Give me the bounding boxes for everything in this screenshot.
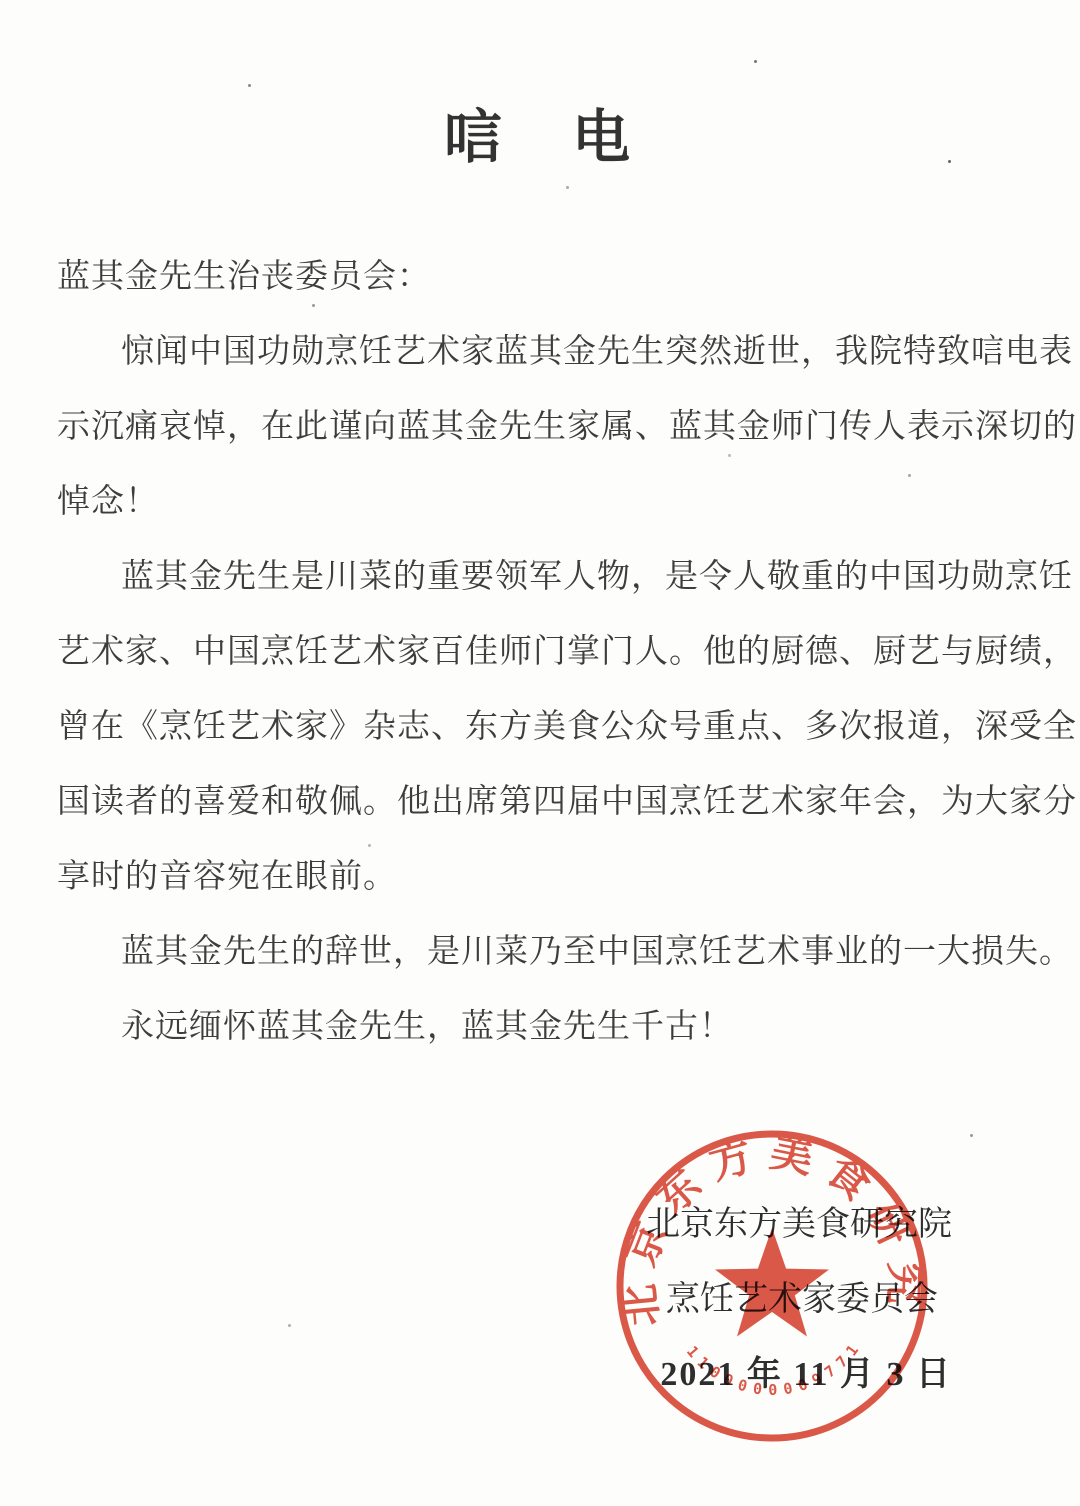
letter-line: 示沉痛哀悼，在此谨向蓝其金先生家属、蓝其金师门传人表示深切的 [57,390,1040,465]
signature-committee: 烹饪艺术家委员会 [646,1262,952,1337]
letter-body: 蓝其金先生治丧委员会： 惊闻中国功勋烹饪艺术家蓝其金先生突然逝世，我院特致唁电表… [57,240,1040,1065]
letter-line: 永远缅怀蓝其金先生，蓝其金先生千古！ [57,990,1040,1065]
letter-line: 享时的音容宛在眼前。 [57,840,1040,915]
page-title: 唁 电 [0,0,1080,174]
letter-line: 惊闻中国功勋烹饪艺术家蓝其金先生突然逝世，我院特致唁电表 [57,315,1040,390]
letter-line: 艺术家、中国烹饪艺术家百佳师门掌门人。他的厨德、厨艺与厨绩， [57,615,1040,690]
signature-date: 2021 年 11 月 3 日 [646,1337,952,1412]
salutation-line: 蓝其金先生治丧委员会： [57,240,1040,315]
letter-line: 悼念！ [57,465,1040,540]
scanned-letter-page: 唁 电 蓝其金先生治丧委员会： 惊闻中国功勋烹饪艺术家蓝其金先生突然逝世，我院特… [0,0,1080,1506]
letter-line: 蓝其金先生是川菜的重要领军人物，是令人敬重的中国功勋烹饪 [57,540,1040,615]
letter-line: 曾在《烹饪艺术家》杂志、东方美食公众号重点、多次报道，深受全 [57,690,1040,765]
letter-line: 蓝其金先生的辞世，是川菜乃至中国烹饪艺术事业的一大损失。 [57,915,1040,990]
signature-block: 北京东方美食研究院 烹饪艺术家委员会 2021 年 11 月 3 日 [646,1187,952,1412]
letter-line: 国读者的喜爱和敬佩。他出席第四届中国烹饪艺术家年会，为大家分 [57,765,1040,840]
signature-organization: 北京东方美食研究院 [646,1187,952,1262]
